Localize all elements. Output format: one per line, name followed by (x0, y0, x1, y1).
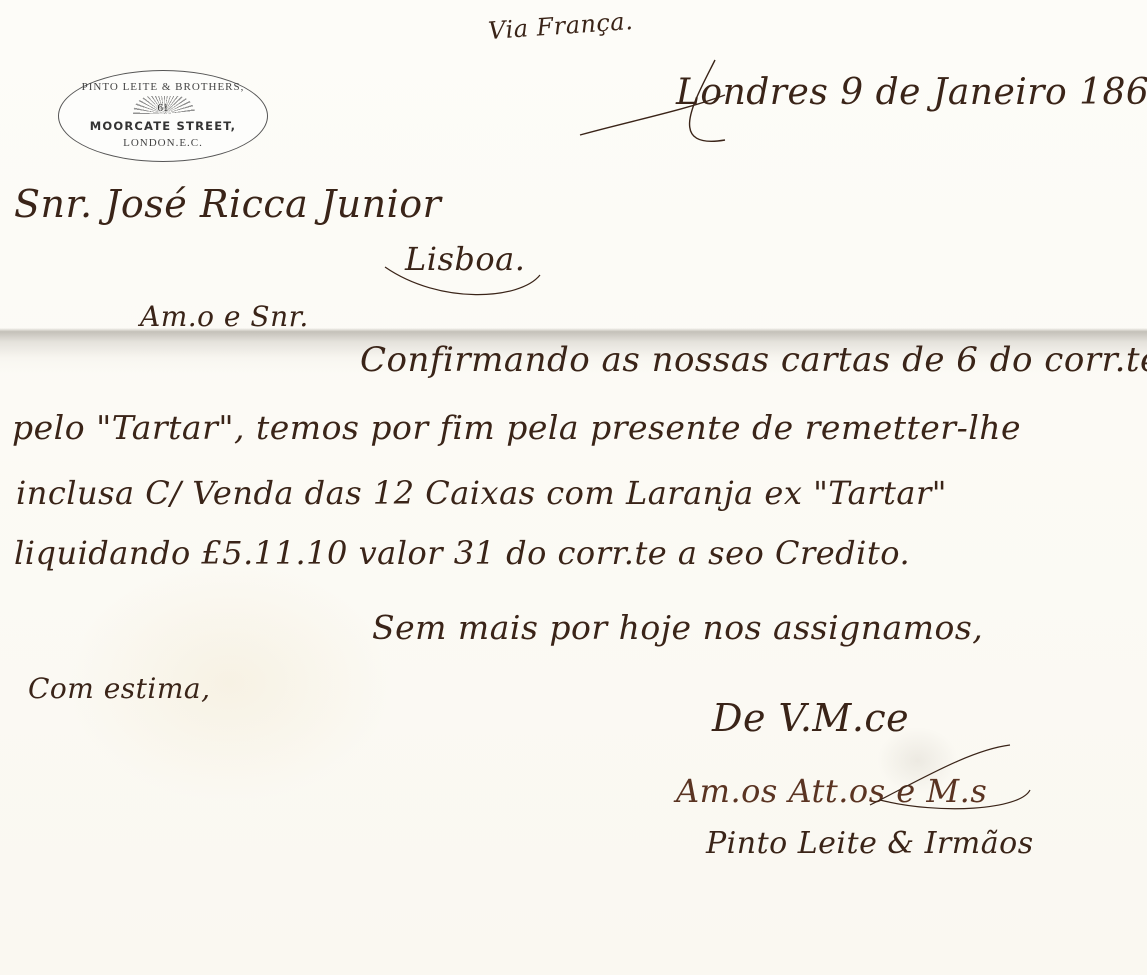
letterhead-stamp: PINTO LEITE & BROTHERS, 61 MOORCATE STRE… (58, 70, 268, 162)
dateline: Londres 9 de Janeiro 1863. (676, 72, 1147, 113)
routing-note: Via França. (487, 7, 634, 45)
body-line-2: pelo "Tartar", temos por fim pela presen… (12, 408, 1021, 447)
body-line-1: Confirmando as nossas cartas de 6 do cor… (360, 340, 1147, 380)
letter-page: PINTO LEITE & BROTHERS, 61 MOORCATE STRE… (0, 0, 1147, 975)
salutation: Am.o e Snr. (140, 300, 309, 333)
letterhead-number: 61 (59, 102, 267, 114)
letterhead-company: PINTO LEITE & BROTHERS, (59, 81, 267, 93)
signature-line-2: Am.os Att.os e M.s (676, 772, 987, 810)
body-line-4: liquidando £5.11.10 valor 31 do corr.te … (14, 534, 910, 572)
signature-line-3: Pinto Leite & Irmãos (706, 826, 1034, 861)
signature-line-1: De V.M.ce (712, 696, 909, 740)
letterhead-street: MOORCATE STREET, (59, 119, 267, 133)
letterhead-city: LONDON.E.C. (59, 137, 267, 149)
body-line-3: inclusa C/ Venda das 12 Caixas com Laran… (16, 474, 947, 512)
addressee-city: Lisboa. (405, 240, 525, 278)
closing-line: Sem mais por hoje nos assignamos, (372, 608, 983, 647)
addressee-name: Snr. José Ricca Junior (14, 182, 441, 226)
complimentary-close: Com estima, (28, 672, 211, 705)
